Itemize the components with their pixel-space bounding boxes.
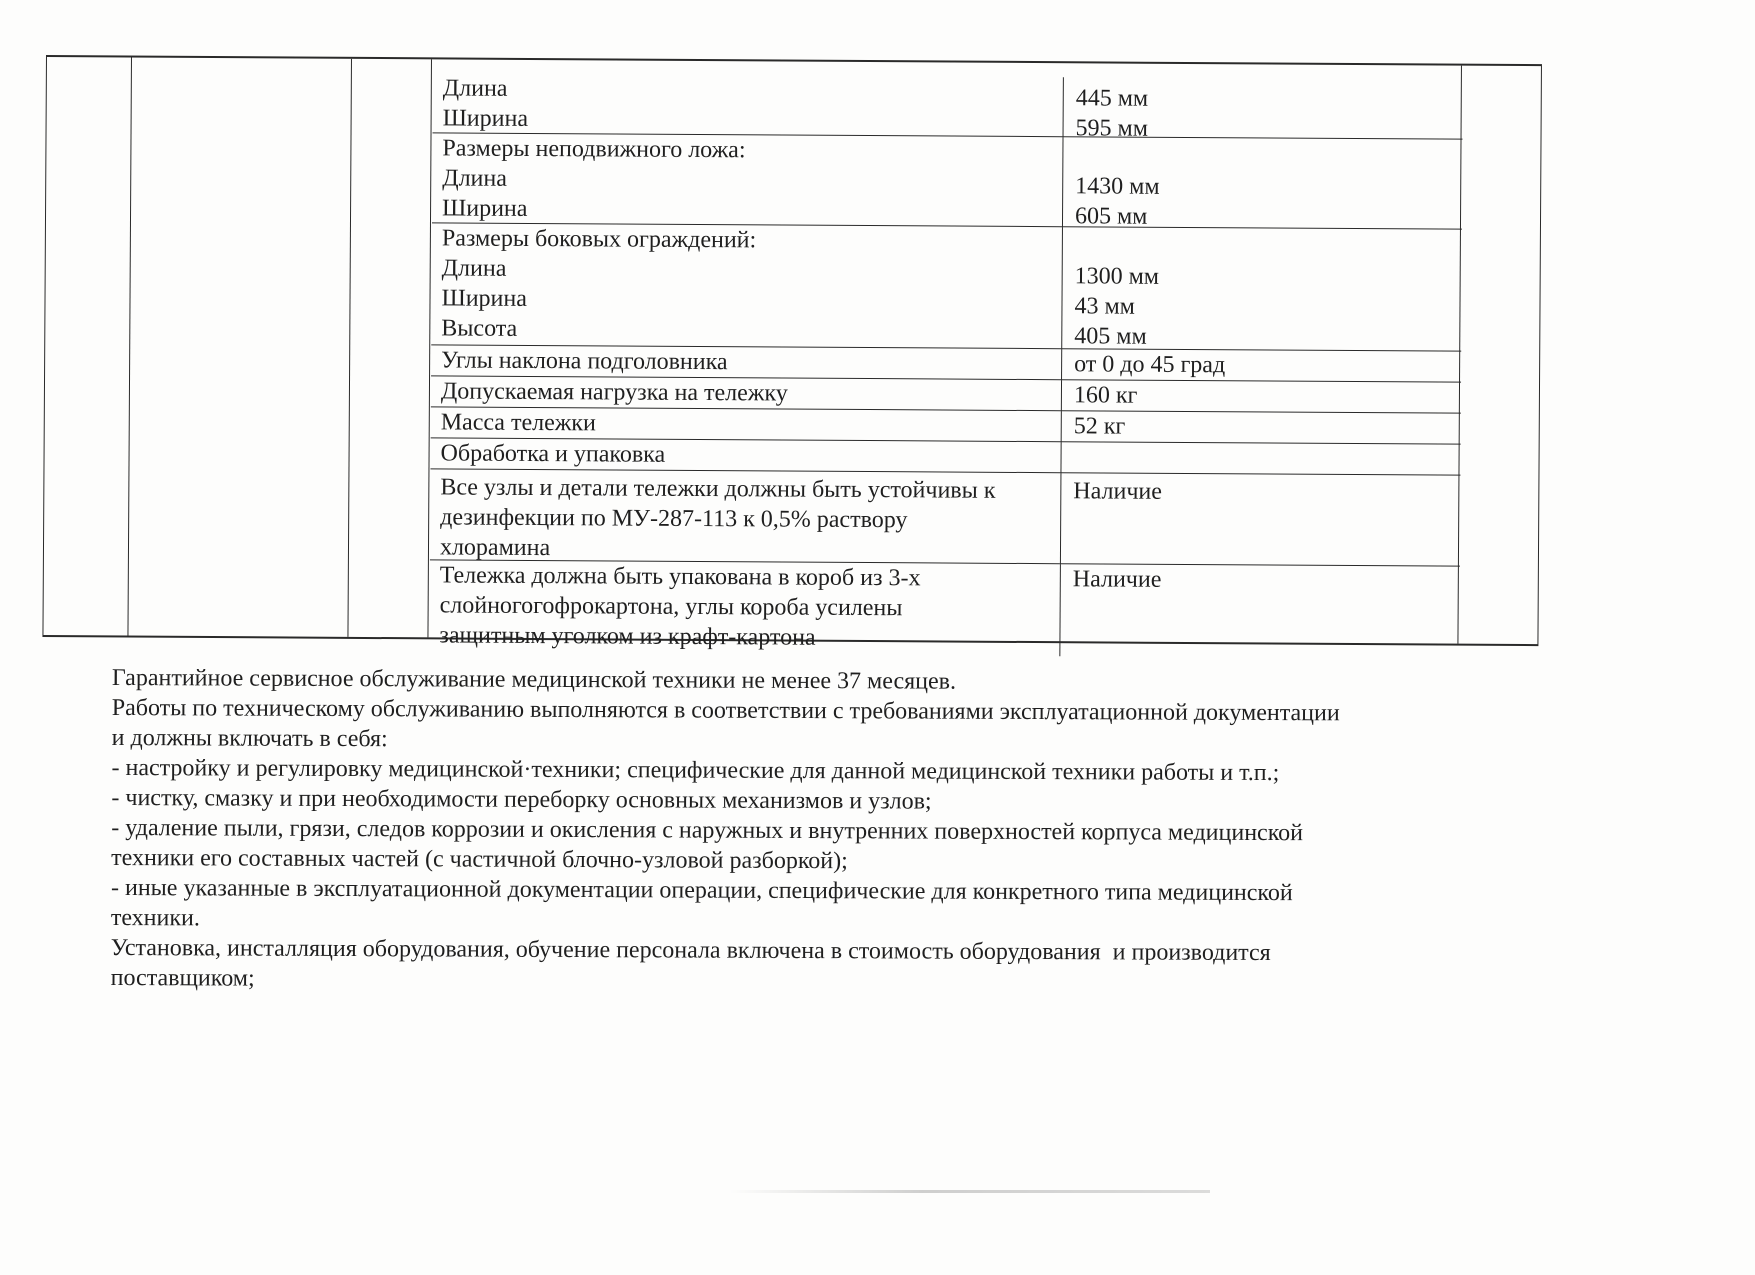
param-cell: Размеры неподвижного ложа: Длина Ширина [432, 133, 1063, 227]
service-requirements-text: Гарантийное сервисное обслуживание медиц… [111, 663, 1512, 999]
value-text: 52 кг [1074, 411, 1453, 443]
param-text: Ширина [443, 103, 1055, 137]
column-divider [127, 58, 132, 636]
value-cell: 160 кг [1061, 380, 1461, 413]
section-heading: Обработка и упаковка [440, 438, 1052, 472]
param-cell: Длина Ширина [433, 73, 1063, 137]
value-text: 445 мм [1076, 83, 1455, 115]
value-cell: Наличие [1059, 564, 1460, 658]
value-text: Наличие [1073, 476, 1452, 508]
value-text: 1430 мм [1075, 171, 1454, 203]
paragraph-line: поставщиком; [111, 963, 1511, 999]
value-text [1075, 231, 1454, 263]
value-cell: 445 мм 595 мм [1063, 77, 1463, 139]
scanned-page: Длина Ширина 445 мм 595 мм Размеры непод… [0, 0, 1755, 1275]
param-cell: Тележка должна быть упакована в короб из… [429, 560, 1060, 656]
value-text: 1300 мм [1075, 261, 1454, 293]
spec-rows: Длина Ширина 445 мм 595 мм Размеры непод… [429, 73, 1463, 658]
param-cell: Углы наклона подголовника [431, 345, 1061, 380]
value-cell: 1430 мм 605 мм [1062, 137, 1463, 229]
param-text: слойногогофрокартона, углы короба усилен… [440, 590, 1052, 624]
param-text: Длина [442, 253, 1054, 287]
param-text: защитным уголком из крафт-картона [439, 620, 1051, 654]
value-cell [1060, 442, 1460, 475]
param-text: Ширина [442, 193, 1054, 227]
param-text: Высота [441, 313, 1053, 347]
value-text: от 0 до 45 град [1074, 349, 1453, 381]
param-cell: Допускаемая нагрузка на тележку [431, 376, 1061, 411]
value-cell: от 0 до 45 град [1061, 349, 1461, 382]
param-text: Тележка должна быть упакована в короб из… [440, 560, 1052, 594]
value-cell: Наличие [1060, 473, 1461, 566]
paragraph-line: Установка, инсталляция оборудования, обу… [111, 933, 1511, 969]
param-text: Допускаемая нагрузка на тележку [441, 376, 1053, 410]
column-divider [347, 59, 352, 637]
value-text: 43 мм [1074, 291, 1453, 323]
value-text [1073, 442, 1452, 474]
param-text: Углы наклона подголовника [441, 345, 1053, 379]
value-cell: 1300 мм 43 мм 405 мм [1061, 227, 1462, 351]
param-cell: Размеры боковых ограждений: Длина Ширина… [431, 223, 1062, 349]
param-text: Размеры неподвижного ложа: [442, 133, 1054, 167]
list-item: - иные указанные в эксплуатационной доку… [111, 873, 1511, 909]
value-text: Наличие [1073, 564, 1452, 596]
param-text: Длина [442, 163, 1054, 197]
param-text: дезинфекции по МУ-287-113 к 0,5% раствор… [440, 502, 1052, 536]
value-text: 160 кг [1074, 380, 1453, 412]
param-text: Ширина [441, 283, 1053, 317]
param-text: Все узлы и детали тележки должны быть ус… [440, 472, 1052, 506]
param-cell: Масса тележки [431, 407, 1061, 442]
param-text: Масса тележки [441, 407, 1053, 441]
param-text: Размеры боковых ограждений: [442, 223, 1054, 257]
scan-artifact [730, 1190, 1210, 1193]
param-cell: Обработка и упаковка [430, 438, 1060, 473]
value-cell: 52 кг [1061, 411, 1461, 444]
param-text: Длина [443, 73, 1055, 107]
param-cell: Все узлы и детали тележки должны быть ус… [430, 469, 1061, 564]
specification-table: Длина Ширина 445 мм 595 мм Размеры непод… [42, 55, 1542, 646]
value-text [1075, 141, 1454, 173]
